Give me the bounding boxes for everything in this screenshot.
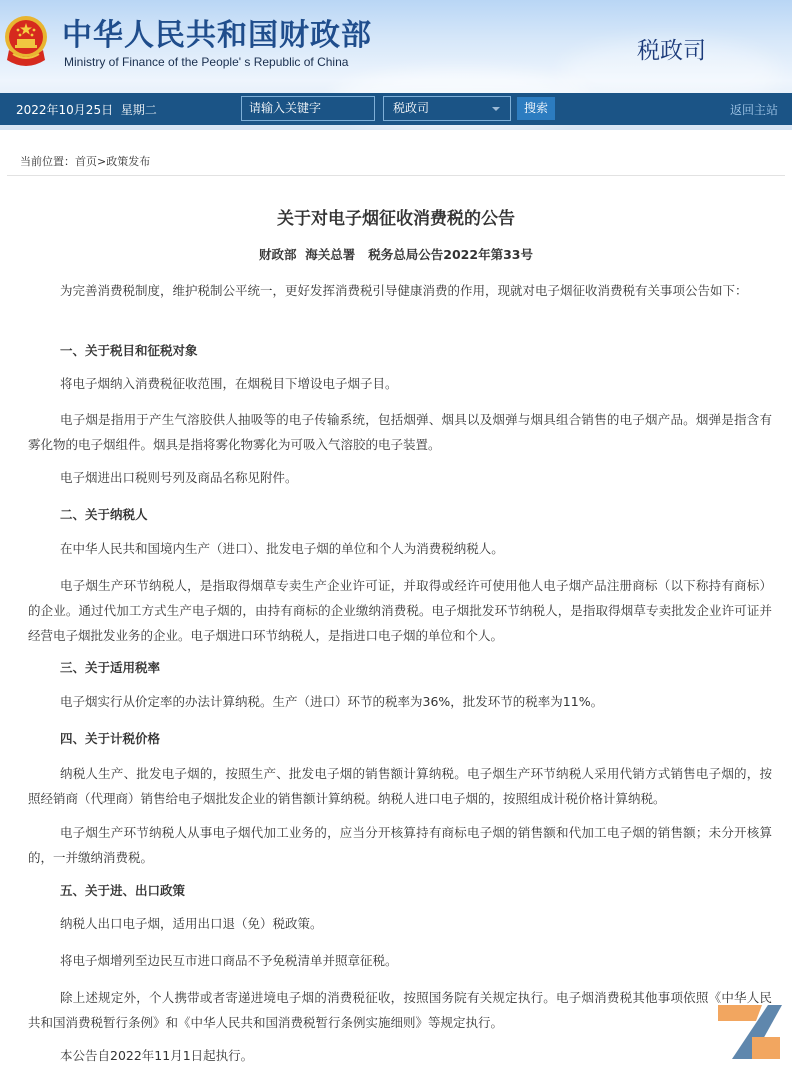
section-heading: 五、关于进、出口政策	[60, 881, 185, 899]
breadcrumb: 当前位置：首页>政策发布	[20, 153, 150, 169]
national-emblem-icon	[3, 14, 49, 70]
department-select-value: 税政司	[393, 101, 429, 115]
search-button[interactable]: 搜索	[517, 97, 555, 120]
article-paragraph: 本公告自2022年11月1日起执行。	[28, 1043, 772, 1068]
article-paragraph: 纳税人出口电子烟，适用出口退（免）税政策。	[28, 911, 772, 936]
site-title-cn: 中华人民共和国财政部	[62, 17, 372, 55]
article-paragraph: 电子烟生产环节纳税人，是指取得烟草专卖生产企业许可证，并取得或经许可使用他人电子…	[28, 573, 772, 648]
document-number: 财政部 海关总署 税务总局公告2022年第33号	[0, 245, 792, 263]
chevron-down-icon	[492, 107, 500, 111]
back-home-link[interactable]: 返回主站	[730, 101, 778, 118]
department-title: 税政司	[637, 32, 706, 65]
article-paragraph: 在中华人民共和国境内生产（进口）、批发电子烟的单位和个人为消费税纳税人。	[28, 536, 772, 561]
article-title: 关于对电子烟征收消费税的公告	[0, 204, 792, 229]
z-logo-icon	[716, 1003, 782, 1061]
article-paragraph: 电子烟生产环节纳税人从事电子烟代加工业务的，应当分开核算持有商标电子烟的销售额和…	[28, 820, 772, 870]
search-input[interactable]: 请输入关键字	[241, 96, 375, 121]
article-paragraph: 电子烟实行从价定率的办法计算纳税。生产（进口）环节的税率为36%，批发环节的税率…	[28, 689, 772, 714]
breadcrumb-divider	[7, 175, 785, 176]
site-title-en: Ministry of Finance of the People' s Rep…	[64, 55, 348, 69]
section-heading: 三、关于适用税率	[60, 658, 160, 676]
article-paragraph: 将电子烟增列至边民互市进口商品不予免税清单并照章征税。	[28, 948, 772, 973]
section-heading: 四、关于计税价格	[60, 729, 160, 747]
breadcrumb-label: 当前位置：	[20, 155, 75, 168]
article-paragraph: 纳税人生产、批发电子烟的，按照生产、批发电子烟的销售额计算纳税。电子烟生产环节纳…	[28, 761, 772, 811]
department-select[interactable]: 税政司	[383, 96, 511, 121]
article-paragraph: 将电子烟纳入消费税征收范围，在烟税目下增设电子烟子目。	[28, 371, 772, 396]
section-heading: 二、关于纳税人	[60, 505, 148, 523]
nav-bar: 2022年10月25日 星期二 请输入关键字 税政司 搜索 返回主站	[0, 93, 792, 125]
breadcrumb-current-link[interactable]: 政策发布	[106, 155, 150, 168]
section-heading: 一、关于税目和征税对象	[60, 341, 198, 359]
article-intro: 为完善消费税制度，维护税制公平统一，更好发挥消费税引导健康消费的作用，现就对电子…	[28, 278, 772, 303]
current-date: 2022年10月25日 星期二	[16, 101, 157, 118]
article-paragraph: 电子烟进出口税则号列及商品名称见附件。	[28, 465, 772, 490]
article-paragraph: 电子烟是指用于产生气溶胶供人抽吸等的电子传输系统，包括烟弹、烟具以及烟弹与烟具组…	[28, 407, 772, 457]
breadcrumb-separator: >	[97, 155, 106, 168]
article-paragraph: 除上述规定外，个人携带或者寄递进境电子烟的消费税征收，按照国务院有关规定执行。电…	[28, 985, 772, 1035]
breadcrumb-home-link[interactable]: 首页	[75, 155, 97, 168]
